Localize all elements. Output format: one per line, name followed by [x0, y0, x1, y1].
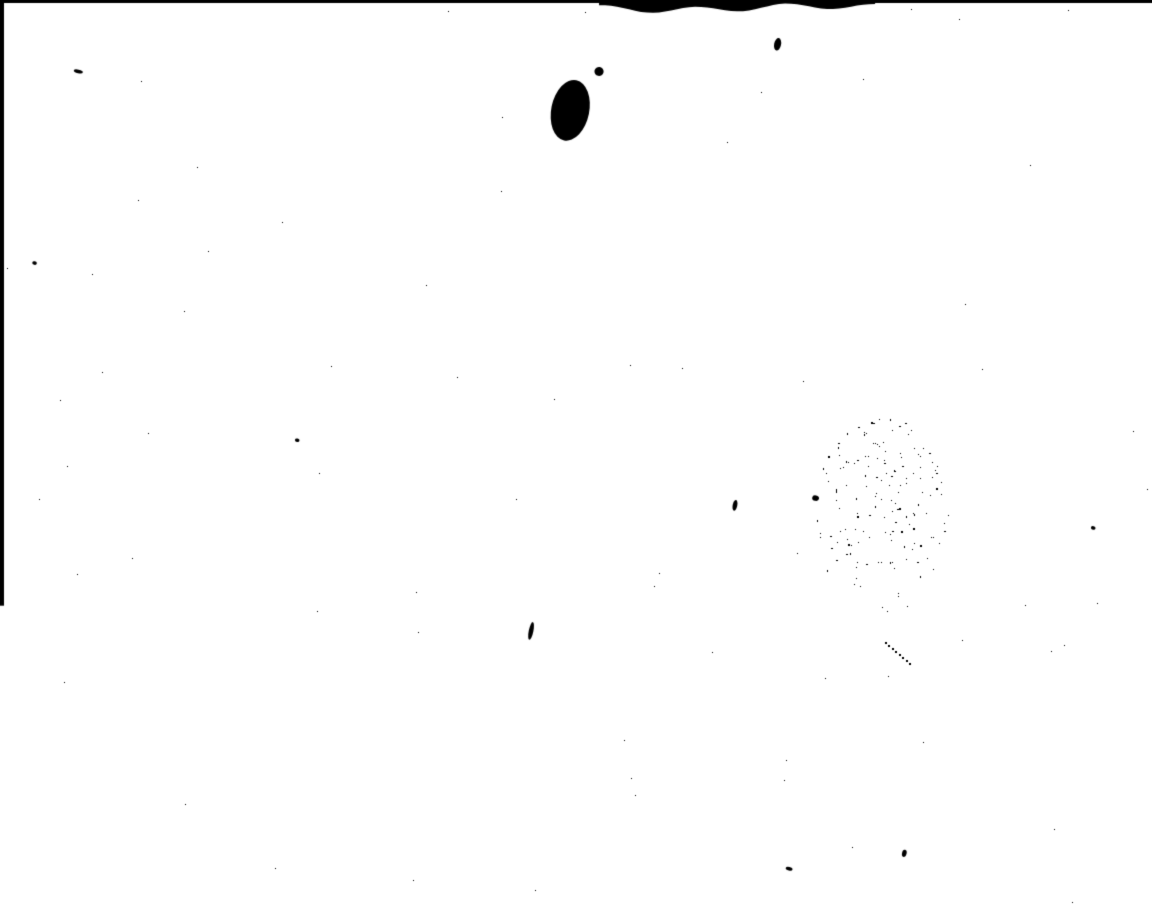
- scanned-page: [0, 0, 1152, 904]
